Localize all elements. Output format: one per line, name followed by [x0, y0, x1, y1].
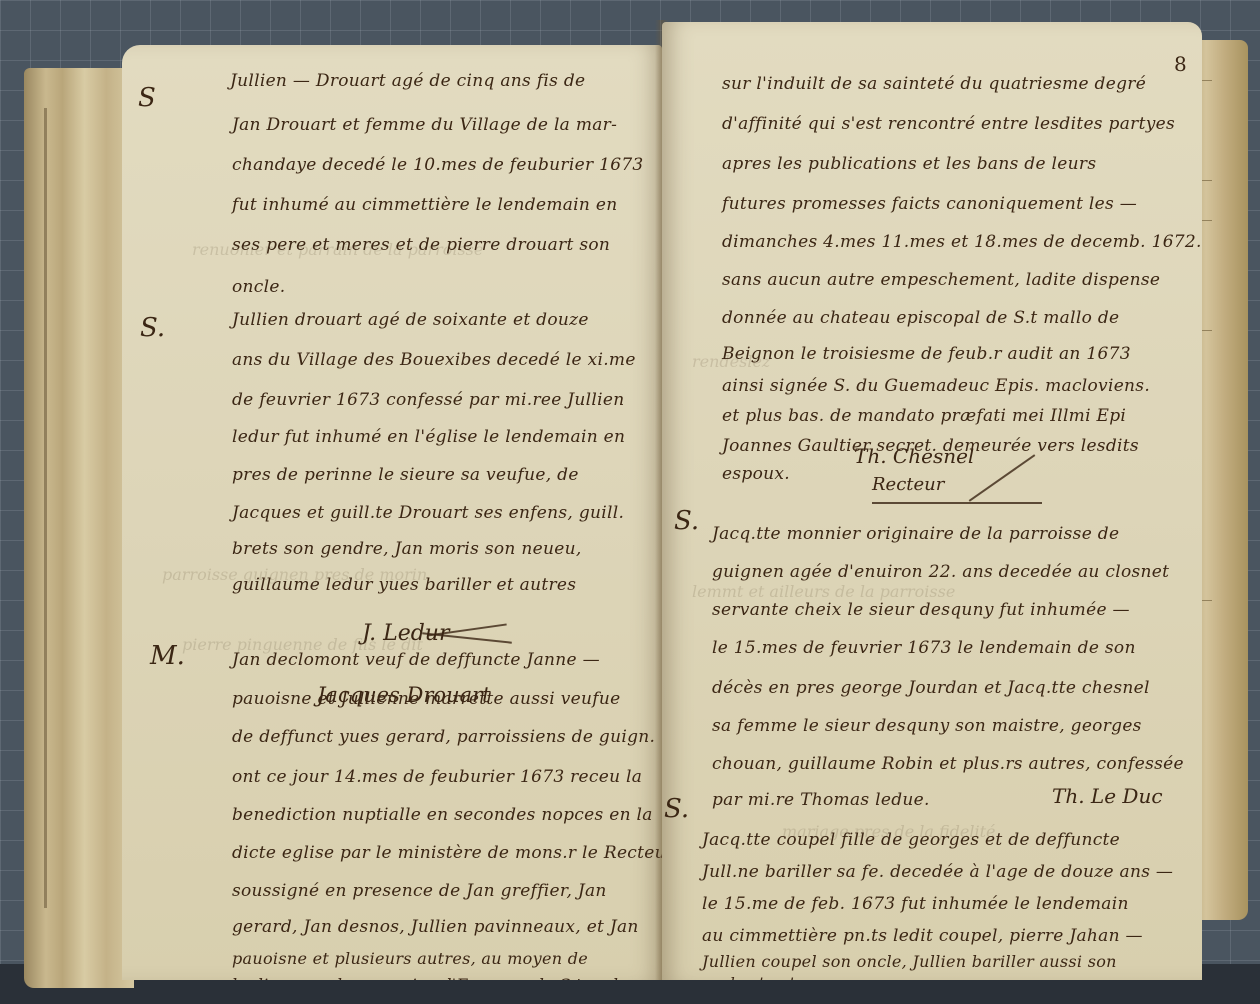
manuscript-line: chouan, guillaume Robin et plus.rs autre… [712, 754, 1184, 774]
manuscript-line: chandaye decedé le 10.mes de feuburier 1… [232, 155, 644, 175]
manuscript-line: pauoisne et Jullienne marrette aussi veu… [232, 689, 620, 709]
manuscript-line: par mi.re Thomas ledue. [712, 790, 930, 810]
signature-chesnel: Th. Chesnel [854, 444, 974, 468]
signature-flourish [969, 454, 1036, 502]
manuscript-line: fut inhumé au cimmettière le lendemain e… [232, 195, 618, 215]
manuscript-line: Jull.ne bariller sa fe. decedée à l'age … [702, 862, 1173, 882]
manuscript-line: Jacq.tte monnier originaire de la parroi… [712, 524, 1119, 544]
manuscript-line: ainsi signée S. du Guemadeuc Epis. maclo… [722, 376, 1150, 396]
manuscript-line: le 15.me de feb. 1673 fut inhumée le len… [702, 894, 1129, 914]
manuscript-line: et plus bas. de mandato præfati mei Illm… [722, 406, 1126, 426]
manuscript-line: pauoisne et plusieurs autres, au moyen d… [232, 949, 588, 968]
manuscript-line: sans aucun autre empeschement, ladite di… [722, 270, 1160, 290]
manuscript-line: apres les publications et les bans de le… [722, 154, 1096, 174]
manuscript-line: servante cheix le sieur desquny fut inhu… [712, 600, 1130, 620]
manuscript-line: ont ce jour 14.mes de feuburier 1673 rec… [232, 767, 642, 787]
manuscript-line: guillaume ledur yues bariller et autres [232, 575, 576, 595]
margin-mark-mariage: M. [150, 641, 185, 671]
margin-mark-sepulture: S [138, 83, 156, 113]
manuscript-line: de feuvrier 1673 confessé par mi.ree Jul… [232, 390, 625, 410]
folio-number: 8 [1174, 52, 1187, 76]
manuscript-line: guignen agée d'enuiron 22. ans decedée a… [712, 562, 1169, 582]
manuscript-line: le 15.mes de feuvrier 1673 le lendemain … [712, 638, 1136, 658]
manuscript-line: futures promesses faicts canoniquement l… [722, 194, 1137, 214]
manuscript-line: ses pere et meres et de pierre drouart s… [232, 235, 610, 255]
manuscript-line: sa femme le sieur desquny son maistre, g… [712, 716, 1142, 736]
manuscript-line: espoux. [722, 464, 790, 484]
manuscript-line: gerard, Jan desnos, Jullien pavinneaux, … [232, 917, 639, 937]
manuscript-line: de deffunct yues gerard, parroissiens de… [232, 727, 655, 747]
manuscript-line: décès en pres george Jourdan et Jacq.tte… [712, 678, 1150, 698]
manuscript-line: dimanches 4.mes 11.mes et 18.mes de dece… [722, 232, 1202, 252]
manuscript-line: sur l'induilt de sa sainteté du quatries… [722, 74, 1146, 94]
manuscript-line: Jullien drouart agé de soixante et douze [232, 310, 589, 330]
margin-mark-sepulture: S. [140, 313, 165, 343]
manuscript-line: donnée au chateau episcopal de S.t mallo… [722, 308, 1119, 328]
manuscript-line: Beignon le troisiesme de feub.r audit an… [722, 344, 1131, 364]
manuscript-line: ans du Village des Bouexibes decedé le x… [232, 350, 636, 370]
manuscript-line: Jacques et guill.te Drouart ses enfens, … [232, 503, 624, 523]
right-page: 8 rendeslez lemmt et ailleurs de la parr… [662, 22, 1202, 980]
manuscript-line: benediction nuptialle en secondes nopces… [232, 805, 653, 825]
manuscript-line: oncle. [232, 277, 285, 297]
manuscript-line: d'affinité qui s'est rencontré entre les… [722, 114, 1175, 134]
manuscript-line: la dispense de monseig.r l'Euesque de S.… [232, 975, 628, 980]
manuscript-line: Jan declomont veuf de deffuncte Janne — [232, 650, 600, 670]
manuscript-line: Jan Drouart et femme du Village de la ma… [232, 115, 617, 135]
manuscript-line: oncle et autres. [702, 974, 825, 980]
margin-mark-sepulture: S. [674, 506, 699, 536]
manuscript-line: soussigné en presence de Jan greffier, J… [232, 881, 607, 901]
manuscript-line: brets son gendre, Jan moris son neueu, [232, 539, 582, 559]
manuscript-line: ledur fut inhumé en l'église le lendemai… [232, 427, 625, 447]
manuscript-line: Jacq.tte coupel fille de georges et de d… [702, 830, 1120, 850]
left-page: renuonier et parrain de la parroisse par… [122, 45, 662, 980]
manuscript-line: Jullien coupel son oncle, Jullien barill… [702, 952, 1117, 971]
margin-mark-sepulture: S. [664, 794, 689, 824]
manuscript-line: pres de perinne le sieure sa veufue, de [232, 465, 579, 485]
manuscript-line: Jullien — Drouart agé de cinq ans fis de [230, 71, 585, 91]
signature-le-duc: Th. Le Duc [1052, 784, 1163, 808]
left-fore-edge [24, 68, 134, 988]
manuscript-line: dicte eglise par le ministère de mons.r … [232, 843, 662, 863]
manuscript-line: au cimmettière pn.ts ledit coupel, pierr… [702, 926, 1143, 946]
signature-recteur: Recteur [872, 474, 944, 495]
signature-flourish [872, 502, 1042, 504]
